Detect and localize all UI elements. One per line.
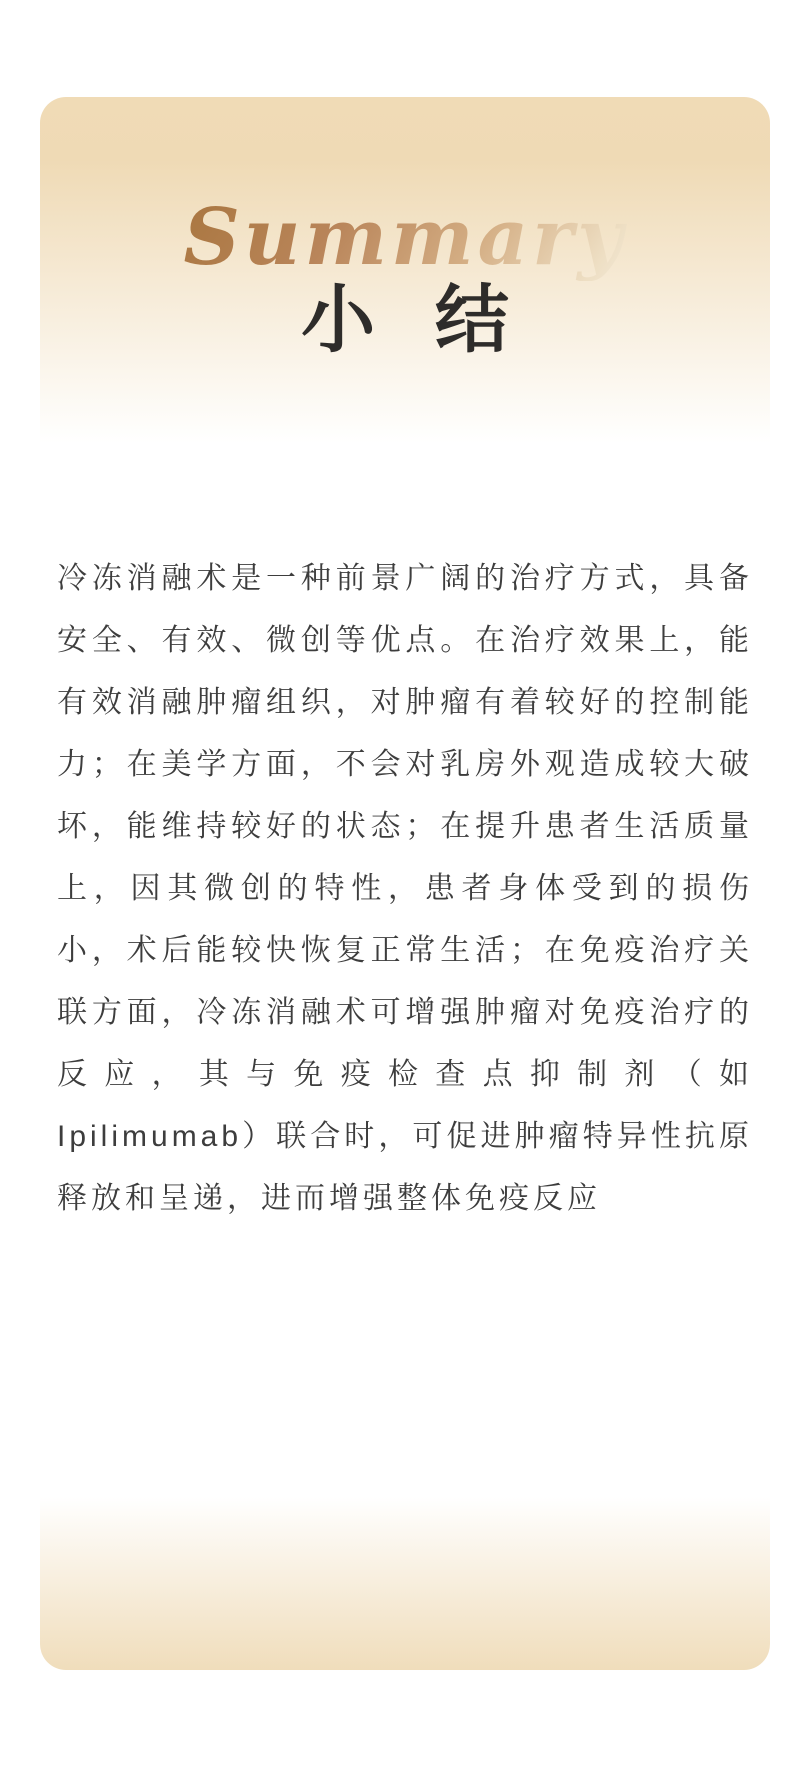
title-english-wrap: Summary bbox=[40, 195, 770, 281]
summary-card: Summary 小 结 冷冻消融术是一种前景广阔的治疗方式，具备安全、有效、微创… bbox=[40, 97, 770, 1670]
title-chinese: 小 结 bbox=[40, 283, 770, 357]
title-english: Summary bbox=[183, 195, 626, 281]
page: Summary 小 结 冷冻消融术是一种前景广阔的治疗方式，具备安全、有效、微创… bbox=[0, 0, 800, 1777]
summary-paragraph: 冷冻消融术是一种前景广阔的治疗方式，具备安全、有效、微创等优点。在治疗效果上，能… bbox=[57, 548, 753, 1230]
